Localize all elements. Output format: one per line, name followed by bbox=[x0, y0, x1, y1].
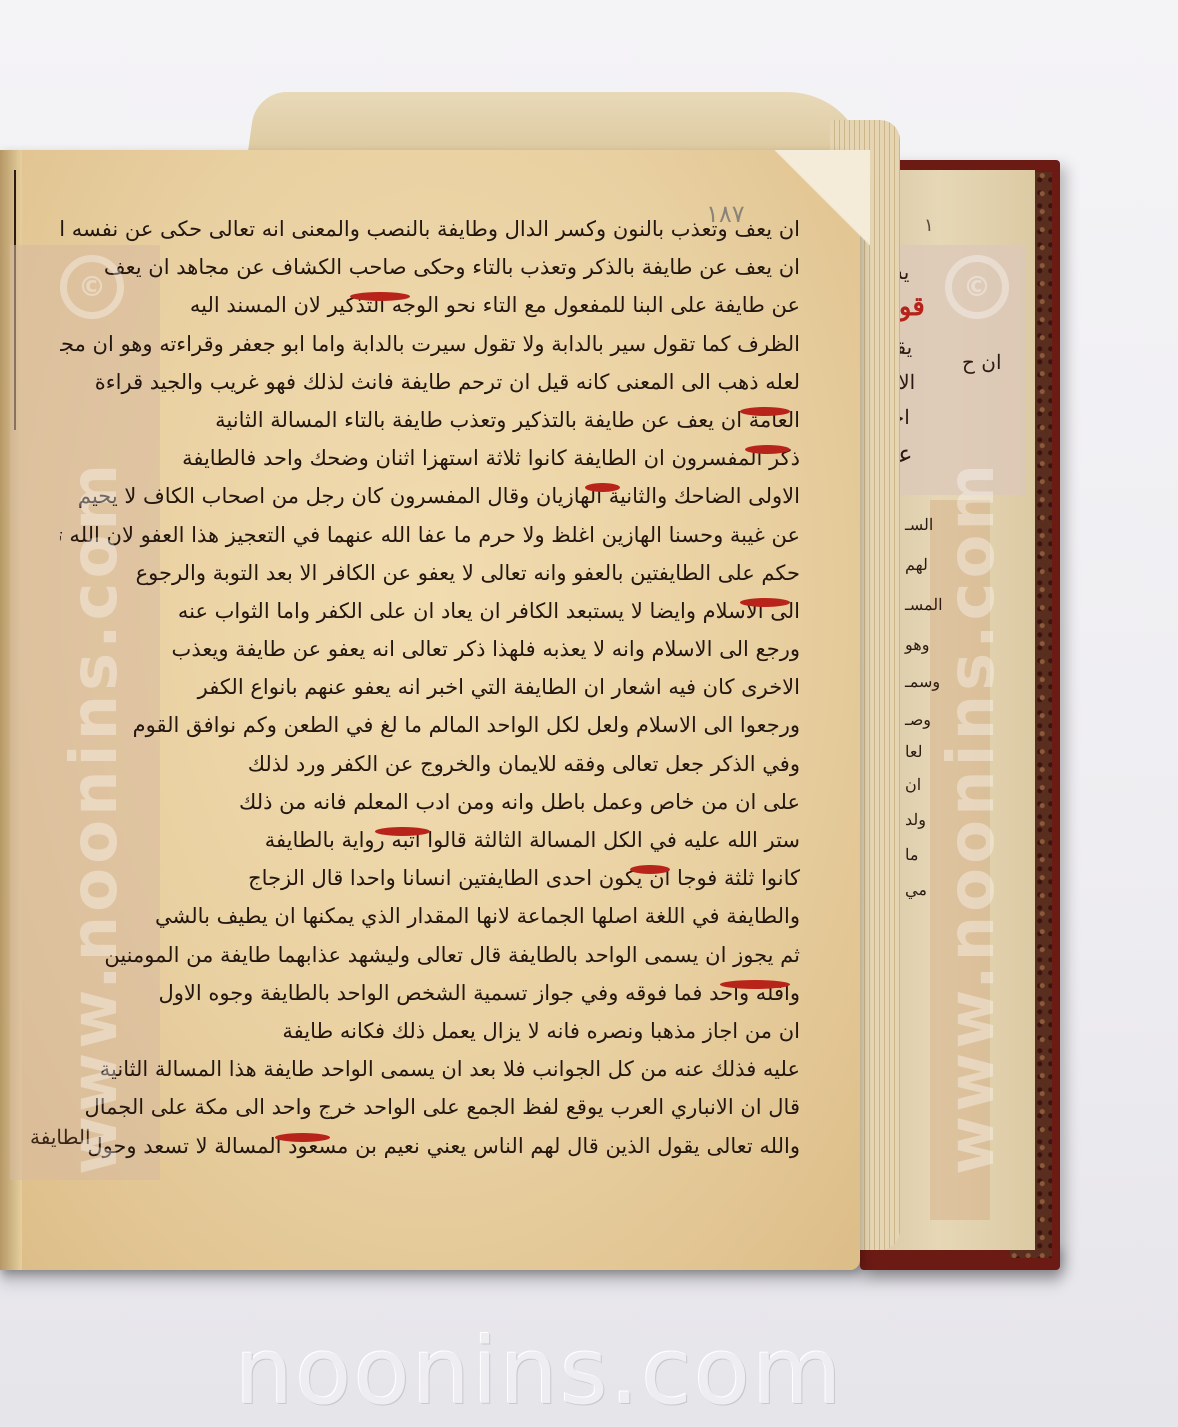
rubric-overline bbox=[740, 407, 790, 416]
manuscript-line: العامة ان يعف عن طايفة بالتذكير وتعذب طا… bbox=[60, 401, 800, 439]
manuscript-line: الاولى الضاحك والثانية الهازيان وقال الم… bbox=[60, 477, 800, 515]
manuscript-line: حكم على الطايفتين بالعفو وانه تعالى لا ي… bbox=[60, 554, 800, 592]
back-line: وصـ bbox=[905, 710, 931, 729]
manuscript-line: وفي الذكر جعل تعالى وفقه للايمان والخروج… bbox=[60, 745, 800, 783]
manuscript-line: الظرف كما تقول سير بالدابة ولا تقول سيرت… bbox=[60, 325, 800, 363]
rubric-overline bbox=[275, 1133, 330, 1142]
manuscript-line: كانوا ثلثة فوجا ان يكون احدى الطايفتين ا… bbox=[60, 859, 800, 897]
rubric-overline bbox=[630, 865, 670, 874]
manuscript-line: الاخرى كان فيه اشعار ان الطايفة التي اخب… bbox=[60, 668, 800, 706]
back-line: لعا bbox=[905, 742, 922, 761]
manuscript-line: والله تعالى يقول الذين قال لهم الناس يعن… bbox=[60, 1127, 800, 1165]
rubric-overline bbox=[375, 827, 430, 836]
vertical-watermark-left: www.noonins.com bbox=[58, 460, 132, 1175]
rubric-overline bbox=[740, 598, 790, 607]
manuscript-line: ثم يجوز ان يسمى الواحد بالطايفة قال تعال… bbox=[60, 936, 800, 974]
manuscript-line: الى الاسلام وايضا لا يستبعد الكافر ان يع… bbox=[60, 592, 800, 630]
back-line: ان bbox=[905, 775, 921, 794]
manuscript-line: قال ان الانباري العرب يوقع لفظ الجمع على… bbox=[60, 1088, 800, 1126]
manuscript-line: ان يعف عن طايفة بالذكر وتعذب بالتاء وحكى… bbox=[60, 248, 800, 286]
manuscript-line: ان يعف وتعذب بالنون وكسر الدال وطايفة با… bbox=[60, 210, 800, 248]
copyright-watermark-icon: © bbox=[945, 255, 1009, 319]
manuscript-line: عن غيبة وحسنا الهازين اغلظ ولا حرم ما عف… bbox=[60, 516, 800, 554]
manuscript-line: ان من اجاز مذهبا ونصره فانه لا يزال يعمل… bbox=[60, 1012, 800, 1050]
manuscript-line: والطايفة في اللغة اصلها الجماعة لانها ال… bbox=[60, 897, 800, 935]
manuscript-line: عليه فذلك عنه من كل الجوانب فلا بعد ان ي… bbox=[60, 1050, 800, 1088]
back-line: ولد bbox=[905, 810, 926, 829]
back-folio-number: ١ bbox=[924, 215, 934, 236]
manuscript-line: ستر الله عليه في الكل المسالة الثالثة قا… bbox=[60, 821, 800, 859]
manuscript-line: عن طايفة على البنا للمفعول مع التاء نحو … bbox=[60, 286, 800, 324]
manuscript-line: واقله واحد فما فوقه وفي جواز تسمية الشخص… bbox=[60, 974, 800, 1012]
manuscript-line: ذكر المفسرون ان الطايفة كانوا ثلاثة استه… bbox=[60, 439, 800, 477]
back-line: لهم bbox=[905, 555, 928, 574]
back-line: ما bbox=[905, 845, 918, 864]
manuscript-line: ورجعوا الى الاسلام ولعل لكل الواحد المال… bbox=[60, 706, 800, 744]
back-line: السـ bbox=[905, 515, 933, 534]
copyright-watermark-icon: © bbox=[60, 255, 124, 319]
back-line: وهو bbox=[905, 635, 929, 654]
manuscript-line: ورجع الى الاسلام وانه لا يعذبه فلهذا ذكر… bbox=[60, 630, 800, 668]
back-margin-note: ان ح bbox=[962, 350, 1002, 374]
manuscript-line: على ان من خاص وعمل باطل وانه ومن ادب الم… bbox=[60, 783, 800, 821]
vertical-watermark-right: www.noonins.com bbox=[935, 460, 1009, 1175]
bottom-watermark: noonins.com bbox=[235, 1318, 844, 1425]
rubric-overline bbox=[720, 980, 790, 989]
manuscript-line: لعله ذهب الى المعنى كانه قيل ان ترحم طاي… bbox=[60, 363, 800, 401]
manuscript-text: ان يعف وتعذب بالنون وكسر الدال وطايفة با… bbox=[60, 210, 800, 1165]
rubric-overline bbox=[745, 445, 790, 454]
rubric-overline bbox=[585, 483, 620, 492]
rubric-overline bbox=[350, 292, 410, 301]
back-line: مي bbox=[905, 880, 927, 899]
